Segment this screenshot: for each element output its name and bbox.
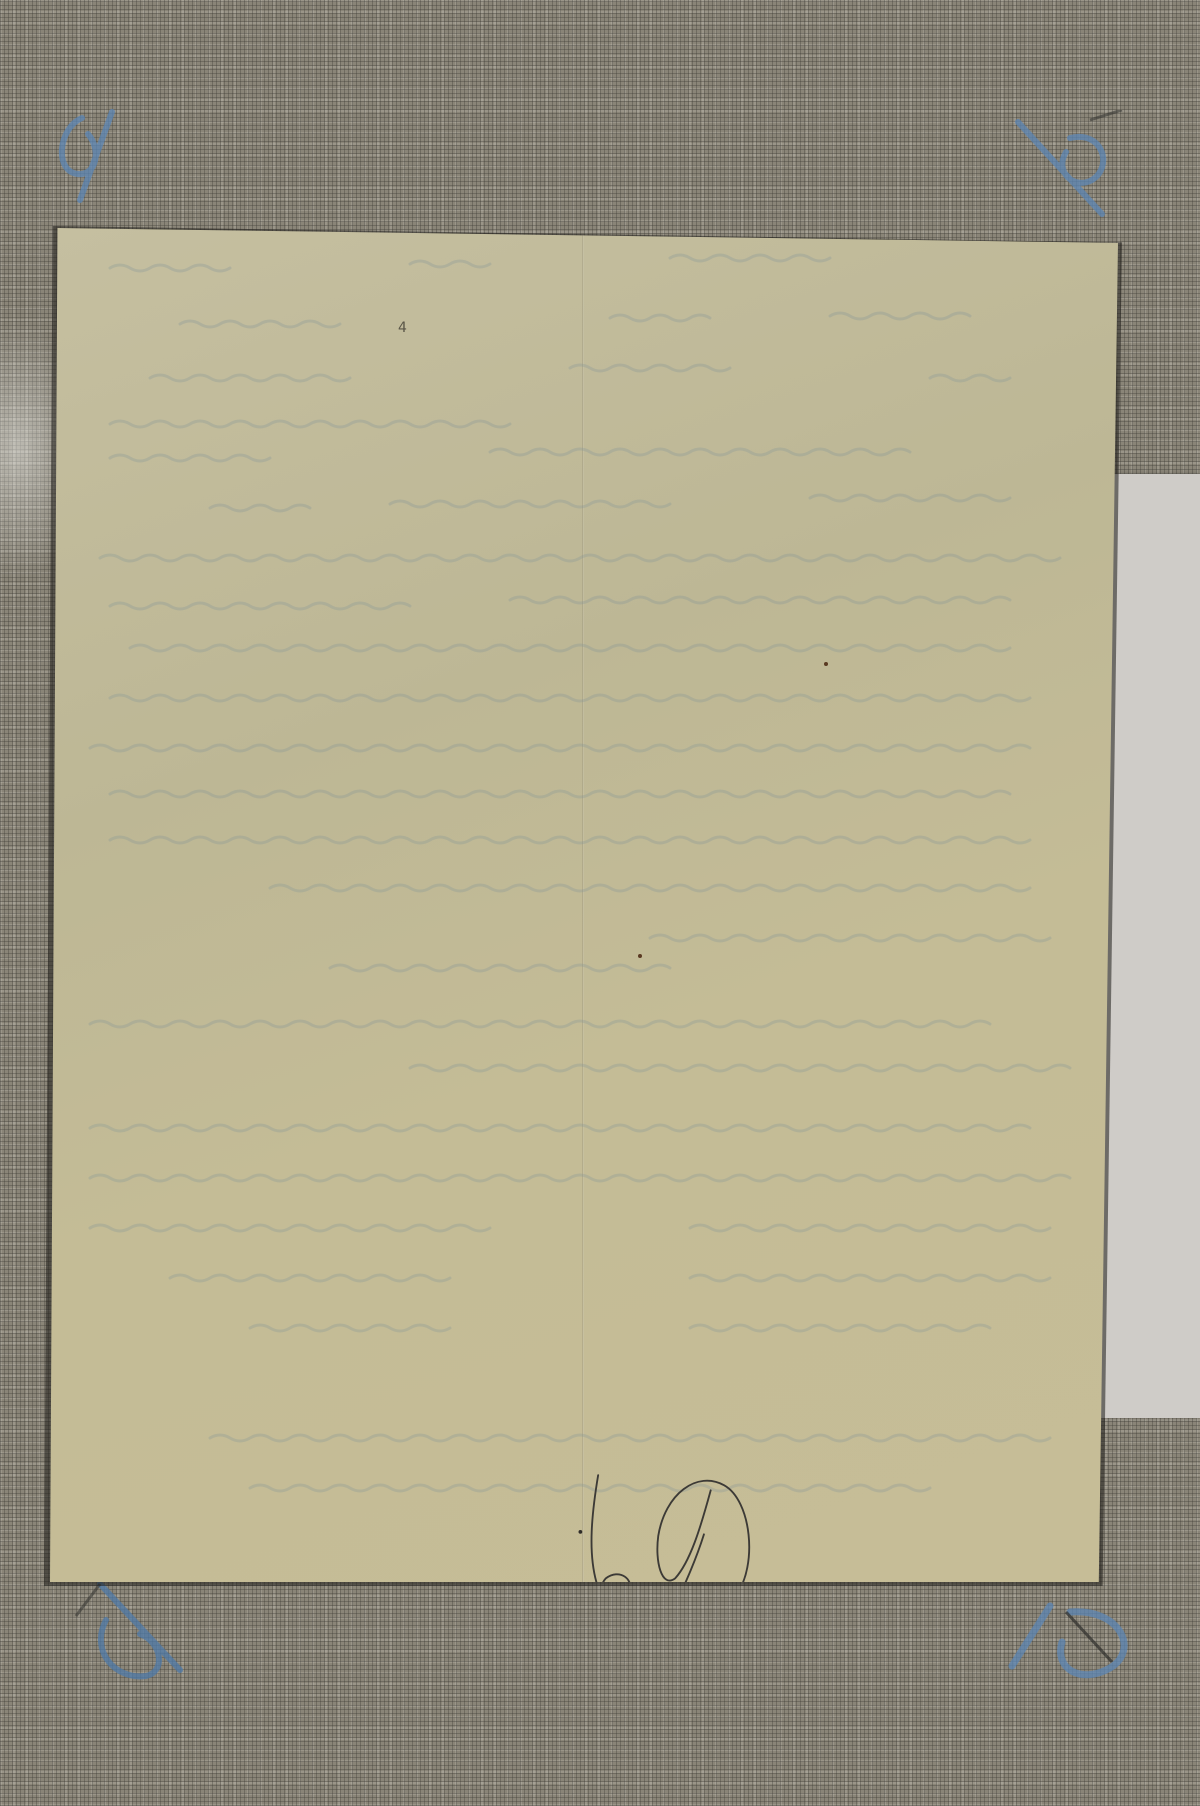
- corner-mark-top-right: [1010, 110, 1130, 220]
- pencil-annotation-69: [550, 1443, 780, 1663]
- page-number-marker: 4: [398, 320, 407, 336]
- ink-bleed-through: [50, 228, 1118, 1582]
- corner-mark-top-left: [40, 100, 150, 210]
- letter-sheet: 4: [50, 228, 1118, 1582]
- corner-mark-bottom-right: [1000, 1590, 1150, 1700]
- fold-crease: [582, 228, 584, 1582]
- corner-mark-bottom-left: [70, 1580, 200, 1700]
- ink-spot: [824, 662, 828, 666]
- ink-spot: [638, 954, 642, 958]
